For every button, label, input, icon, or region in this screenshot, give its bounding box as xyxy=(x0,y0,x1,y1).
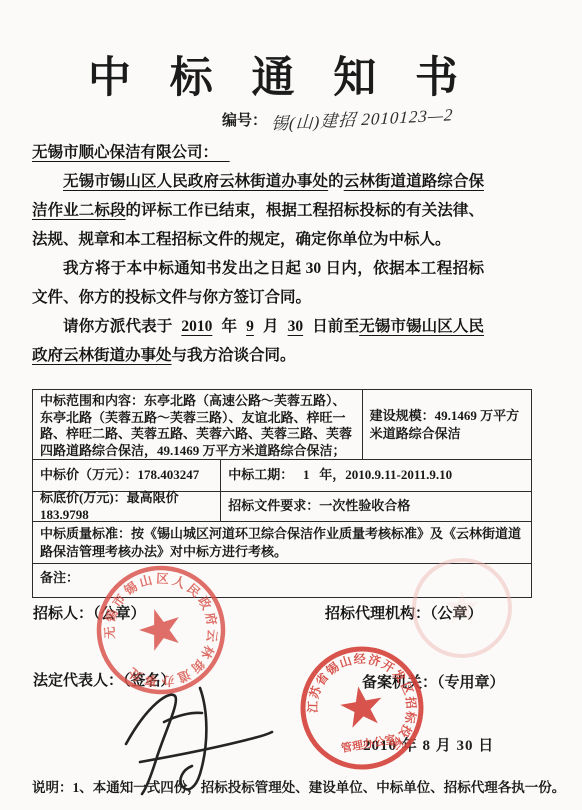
legal-representative-signature xyxy=(112,682,277,800)
signature-reading: 王建 xyxy=(0,0,1,1)
signature-stroke xyxy=(126,695,176,794)
number-handwritten-value: 锡(山)建招 2010123—2 xyxy=(270,100,454,135)
recipient-line: 无锡市顺心保洁有限公司： xyxy=(32,138,484,167)
table-row-quality: 中标质量标准：按《锡山城区河道环卫综合保洁作业质量考核标准》及《云林街道道路保洁… xyxy=(33,521,531,563)
paragraph-meeting-date: 请你方派代表于2010年9月30日前至无锡市锡山区人民政府云林街道办事处与我方洽… xyxy=(32,312,484,370)
record-organ-seal: 江苏省锡山经济开发区招标投标 管理办公室 xyxy=(287,633,438,784)
cell-base-price: 标底价(万元)：最高限价 183.9798 xyxy=(33,487,220,526)
paragraph-award: 无锡市锡山区人民政府云林街道办事处的云林街道道路综合保洁作业二标段的评标工作已结… xyxy=(32,167,484,254)
document-number-line: 编号： 锡(山)建招 2010123—2 xyxy=(222,105,453,130)
signature-stroke xyxy=(164,713,202,722)
paragraph-contract-30days: 我方将于本中标通知书发出之日起 30 日内，依据本工程招标文件、你方的投标文件与… xyxy=(32,254,484,312)
bid-details-table: 中标范围和内容：东亭北路（高速公路～芙蓉五路）、东亭北路（芙蓉五路～芙蓉三路）、… xyxy=(32,389,532,598)
number-label: 编号： xyxy=(222,113,267,129)
cell-duration: 中标工期： 1 年，2010.9.11-2011.9.10 xyxy=(220,460,531,491)
agency-seal-label: 招标代理机构：（公章） xyxy=(325,602,483,623)
seal-ring xyxy=(294,640,431,777)
body-text: 无锡市顺心保洁有限公司： 无锡市锡山区人民政府云林街道办事处的云林街道道路综合保… xyxy=(32,138,484,370)
bid-award-notice-document: 中 标 通 知 书 编号： 锡(山)建招 2010123—2 无锡市顺心保洁有限… xyxy=(0,0,582,810)
cell-remark: 备注： xyxy=(33,564,531,597)
footnote-distribution-note: 说明：1、本通知一式四份，招标投标管理处、建设单位、中标单位、招标代理各执一份。 xyxy=(32,776,552,796)
cell-scope-content: 中标范围和内容：东亭北路（高速公路～芙蓉五路）、东亭北路（芙蓉五路～芙蓉三路）、… xyxy=(33,390,362,459)
record-organ-label: 备案机关：（专用章） xyxy=(362,671,505,692)
cell-tender-requirement: 招标文件要求：一次性验收合格 xyxy=(220,492,531,521)
document-title: 中 标 通 知 书 xyxy=(0,44,560,105)
cell-construction-scale: 建设规模：49.1469 万平方米道路综合保洁 xyxy=(362,390,531,459)
table-row-scope: 中标范围和内容：东亭北路（高速公路～芙蓉五路）、东亭北路（芙蓉五路～芙蓉三路）、… xyxy=(33,390,531,459)
cell-quality-standard: 中标质量标准：按《锡山城区河道环卫综合保洁作业质量考核标准》及《云林街道道路保洁… xyxy=(33,522,531,563)
signature-stroke xyxy=(180,688,206,789)
tenderer-seal-label: 招标人：（公章） xyxy=(33,602,146,623)
issue-date: 2010 年 8 月 30 日 xyxy=(363,734,494,755)
table-row-baseprice: 标底价(万元)：最高限价 183.9798 招标文件要求：一次性验收合格 xyxy=(33,491,531,521)
table-row-remark: 备注： xyxy=(33,563,531,597)
cell-bid-price: 中标价（万元）：178.403247 xyxy=(33,464,220,487)
